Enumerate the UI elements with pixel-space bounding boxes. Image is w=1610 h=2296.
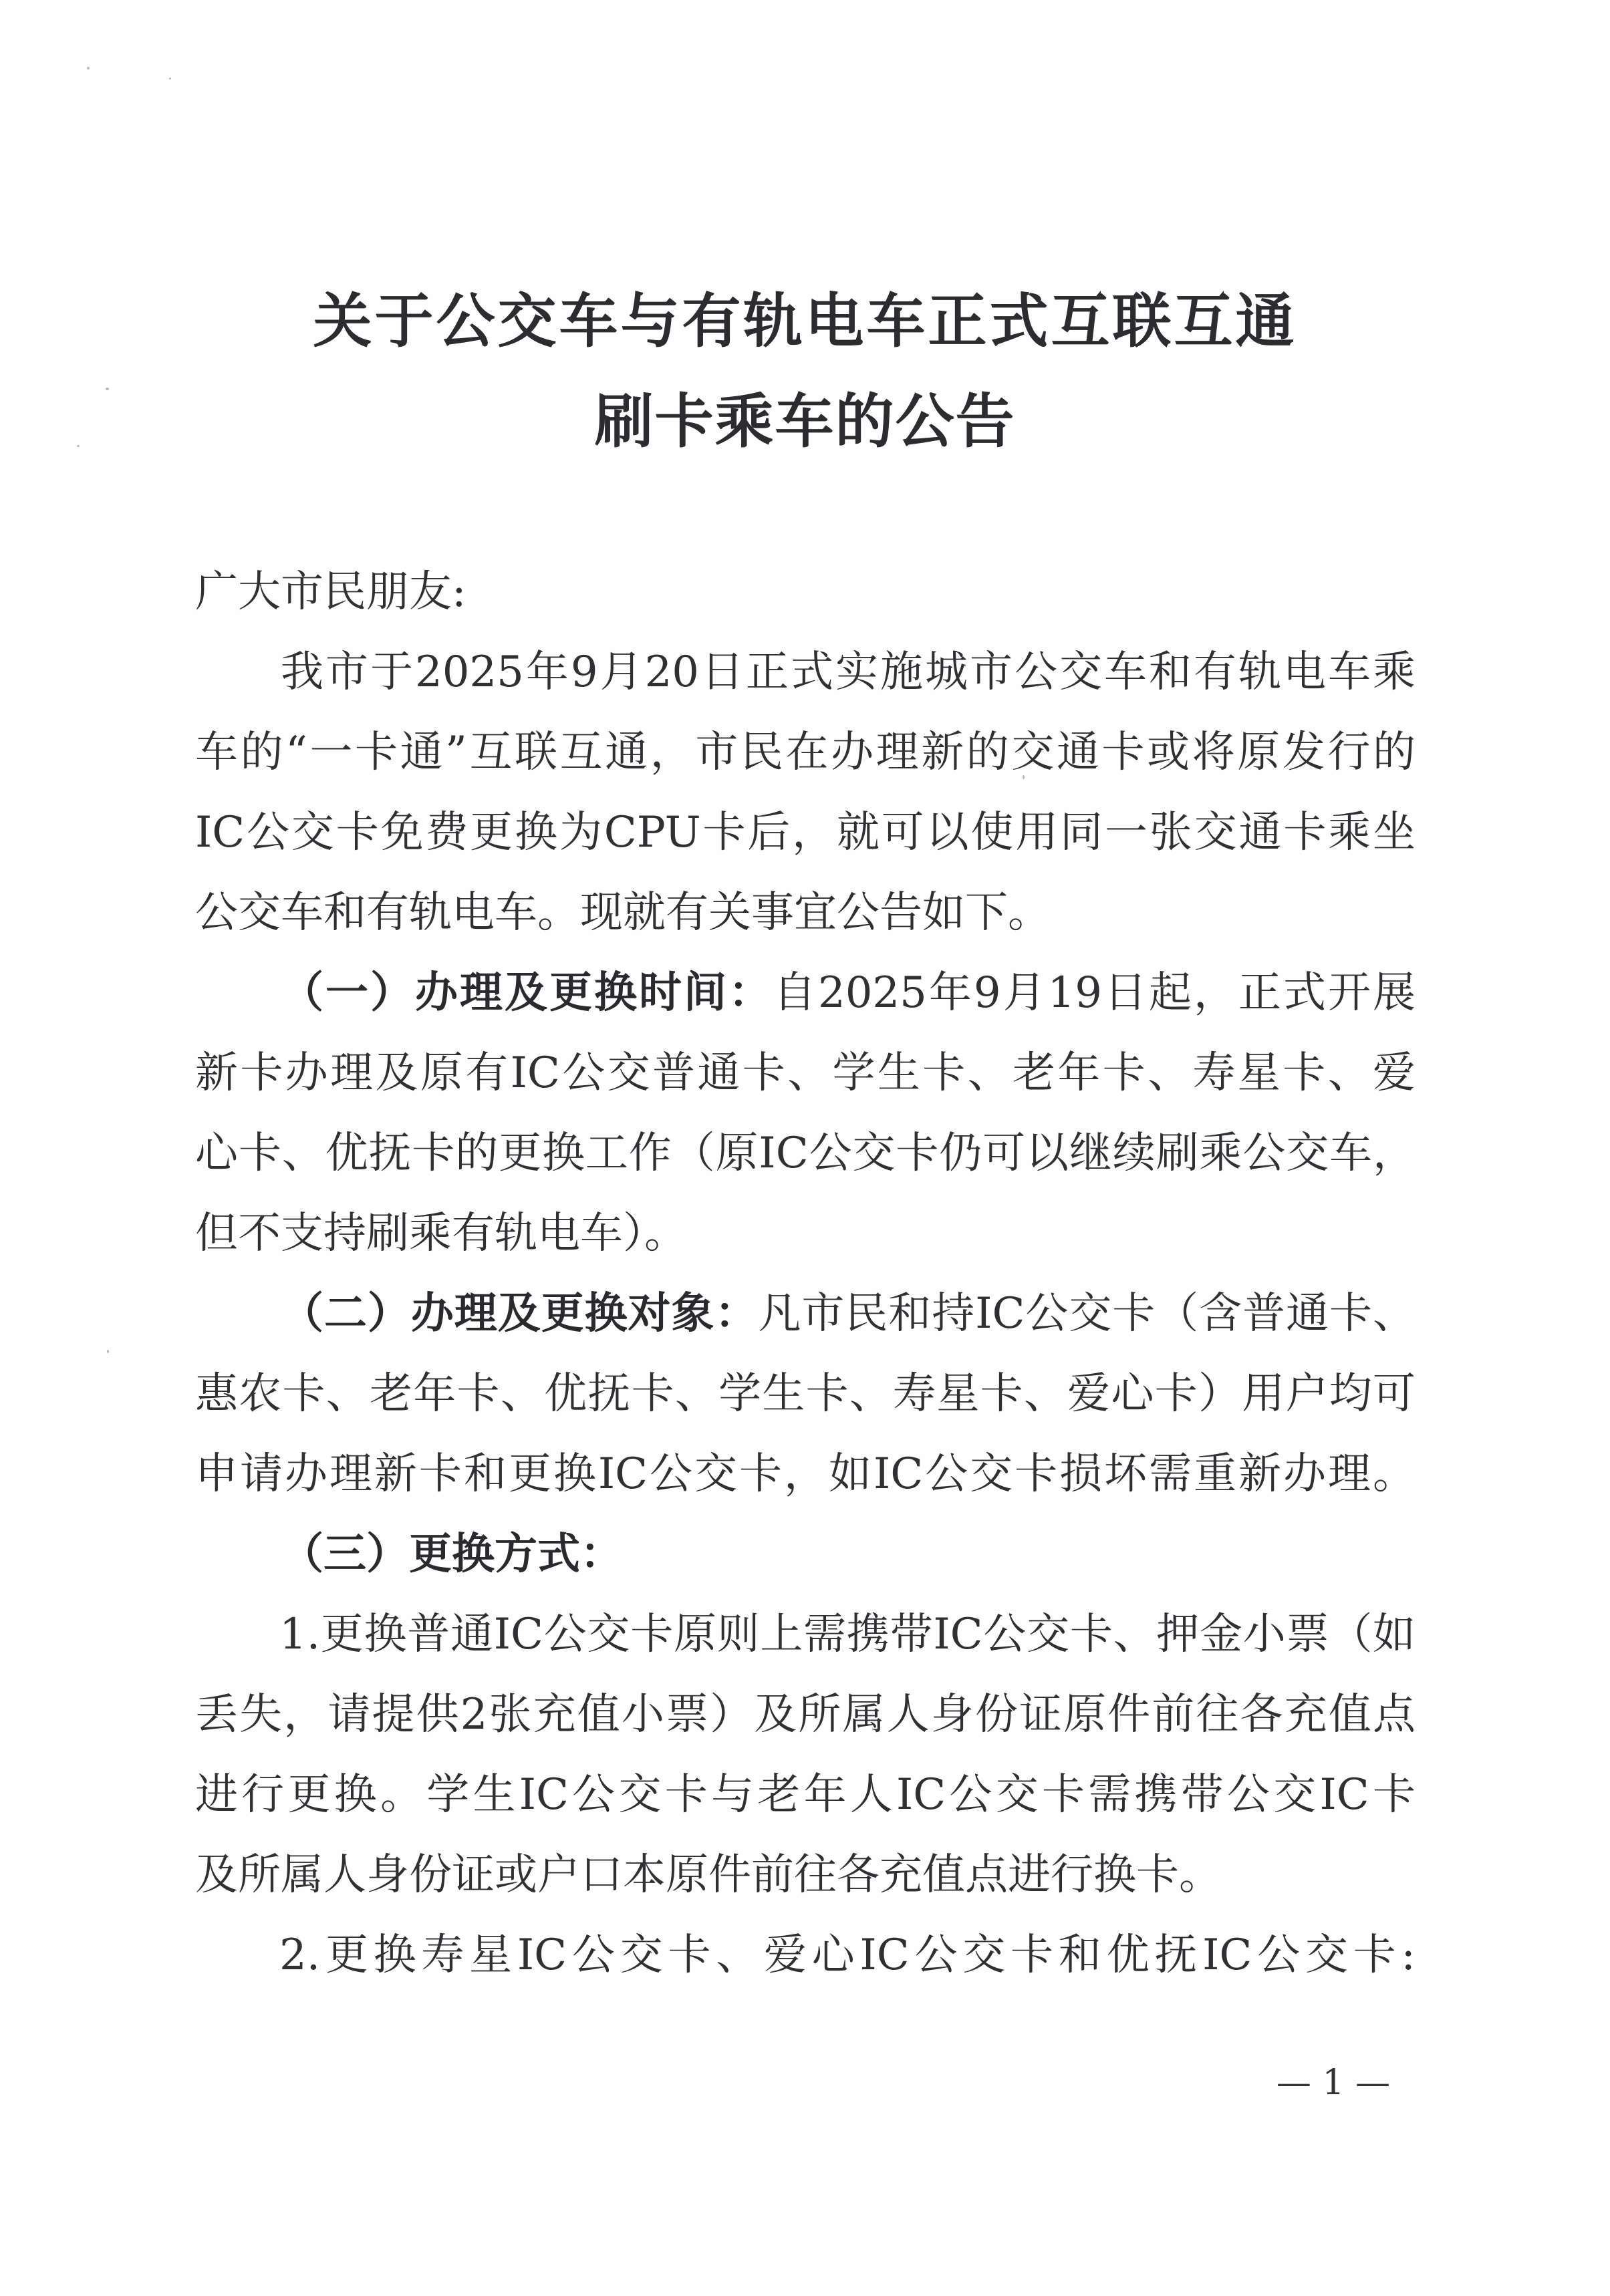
page-number: — 1 — [1256,2061,1410,2104]
section-3-heading: （三）更换方式： [281,1529,623,1579]
document-title-line-1: 关于公交车与有轨电车正式互联互通 [0,287,1610,354]
section-1-line: 新卡办理及原有IC公交普通卡、学生卡、老年卡、寿星卡、爱 [195,1046,1416,1100]
scan-noise [87,67,90,69]
intro-line: 公交车和有轨电车。现就有关事宜公告如下。 [195,886,1416,940]
item-1-line: 及所属人身份证或户口本原件前往各充值点进行换卡。 [195,1848,1416,1902]
section-3-first-line: （三）更换方式： [195,1528,1416,1581]
section-1-line: 但不支持刷乘有轨电车）。 [195,1207,1416,1260]
section-2-text: 凡市民和持IC公交卡（含普通卡、 [758,1289,1416,1338]
document-page: 关于公交车与有轨电车正式互联互通 刷卡乘车的公告 广大市民朋友: 我市于2025… [0,0,1610,2296]
section-2-heading: （二）办理及更换对象： [281,1288,758,1338]
section-1-first-line: （一）办理及更换时间：自2025年9月19日起，正式开展 [195,966,1416,1020]
item-2-line: 2.更换寿星IC公交卡、爱心IC公交卡和优抚IC公交卡: [195,1928,1416,1982]
section-1-text: 自2025年9月19日起，正式开展 [773,968,1416,1018]
item-1-line: 1.更换普通IC公交卡原则上需携带IC公交卡、押金小票（如 [195,1608,1416,1661]
section-2-line: 申请办理新卡和更换IC公交卡，如IC公交卡损坏需重新办理。 [195,1447,1416,1501]
section-2-first-line: （二）办理及更换对象：凡市民和持IC公交卡（含普通卡、 [195,1287,1416,1340]
document-title-line-2: 刷卡乘车的公告 [0,388,1610,454]
section-2-line: 惠农卡、老年卡、优抚卡、学生卡、寿星卡、爱心卡）用户均可 [195,1367,1416,1421]
intro-line: IC公交卡免费更换为CPU卡后，就可以使用同一张交通卡乘坐 [195,806,1416,859]
salutation: 广大市民朋友: [195,565,1416,619]
item-1-line: 进行更换。学生IC公交卡与老年人IC公交卡需携带公交IC卡 [195,1768,1416,1822]
scan-noise [107,1350,109,1353]
section-1-line: 心卡、优抚卡的更换工作（原IC公交卡仍可以继续刷乘公交车， [195,1127,1416,1180]
scan-noise [169,78,171,80]
intro-line: 我市于2025年9月20日正式实施城市公交车和有轨电车乘 [195,645,1416,699]
intro-line: 车的“一卡通”互联互通，市民在办理新的交通卡或将原发行的 [195,726,1416,779]
item-1-line: 丢失，请提供2张充值小票）及所属人身份证原件前往各充值点 [195,1688,1416,1741]
section-1-heading: （一）办理及更换时间： [281,968,773,1018]
